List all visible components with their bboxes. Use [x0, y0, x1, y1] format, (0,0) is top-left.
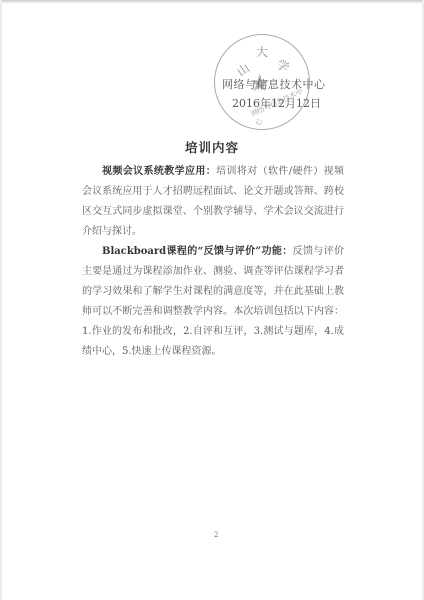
paragraph-body: 反馈与评价主要是通过为课程添加作业、测验、调查等评估课程学习者的学习效果和了解学… — [82, 246, 344, 357]
scan-left-edge — [0, 0, 2, 600]
paragraph-lead: 视频会议系统教学应用： — [102, 166, 216, 177]
issue-date: 2016年12月12日 — [232, 95, 321, 111]
document-title: 培训内容 — [0, 138, 424, 156]
issuing-organization: 网络与信息技术中心 — [222, 76, 326, 92]
stamp-char: 学 — [273, 55, 293, 76]
stamp-char: 大 — [256, 43, 268, 60]
paragraph-blackboard-feedback: Blackboard课程的“反馈与评价”功能：反馈与评价主要是通过为课程添加作业… — [82, 242, 344, 362]
paragraph-video-conference: 视频会议系统教学应用：培训将对（软件/硬件）视频会议系统应用于人才招聘远程面试、… — [82, 162, 344, 242]
page-number: 2 — [214, 531, 218, 539]
scan-top-edge — [0, 0, 424, 3]
document-page: 山 大 学 ★ 网络与信息技术中心 网络与信息技术中心 2016年12月12日 … — [0, 0, 424, 600]
paragraph-lead: Blackboard课程的“反馈与评价”功能： — [102, 246, 293, 257]
